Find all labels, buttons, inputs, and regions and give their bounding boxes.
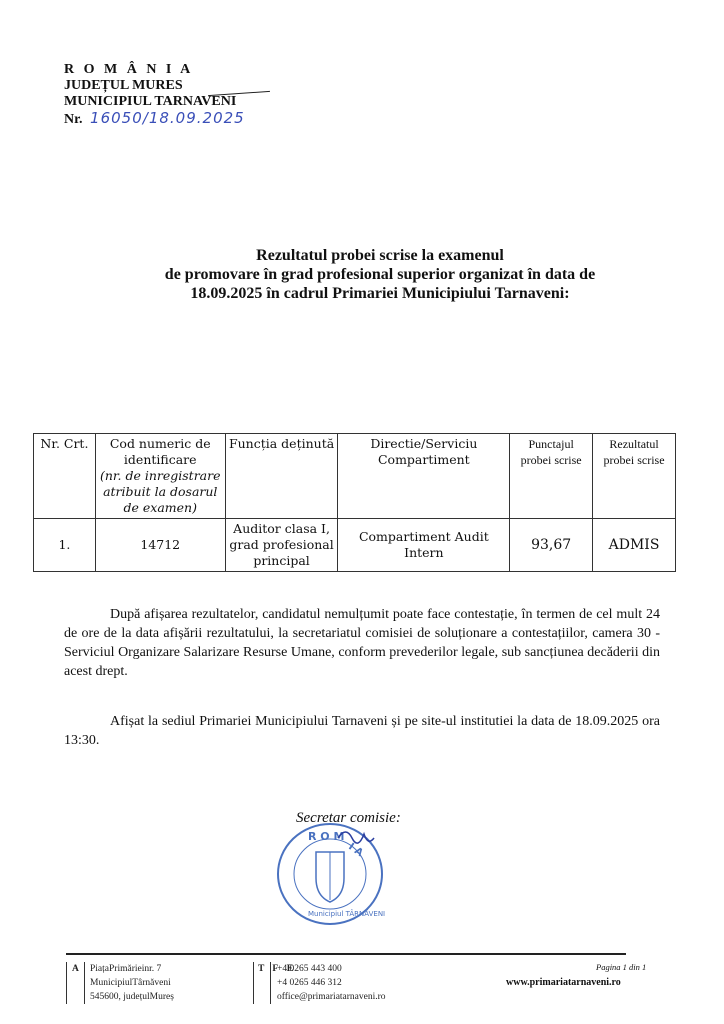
table-header-row: Nr. Crt. Cod numeric de identificare (nr…: [34, 434, 676, 519]
footer-phone: +4 0265 443 400: [277, 962, 386, 976]
handwritten-number: 16050/18.09.2025: [90, 109, 245, 127]
footer-email[interactable]: office@primariatarnaveni.ro: [277, 990, 386, 1004]
official-stamp-icon: R O M I A Municipiul TÂRNĂVENI: [268, 818, 398, 926]
cell-functia: Auditor clasa I, grad profesional princi…: [225, 519, 338, 572]
header-cod-note: (nr. de inregistrare atribuit la dosarul…: [99, 468, 222, 516]
footer-bar: [66, 962, 67, 1004]
header-cod: Cod numeric de identificare (nr. de inre…: [95, 434, 225, 519]
footer-address-label: A: [72, 962, 84, 976]
results-table: Nr. Crt. Cod numeric de identificare (nr…: [33, 433, 676, 572]
nr-label: Nr.: [64, 112, 83, 127]
header-rezultat: Rezultatul probei scrise: [593, 434, 676, 519]
signature-label: Secretar comisie:: [296, 810, 401, 827]
footer-bar: [253, 962, 254, 1004]
cell-punctaj: 93,67: [510, 519, 593, 572]
header-directie: Directie/Serviciu Compartiment: [338, 434, 510, 519]
title-line-1: Rezultatul probei scrise la examenul: [100, 246, 660, 265]
municipality-name: MUNICIPIUL TARNAVENI: [64, 94, 245, 110]
contest-paragraph: După afișarea rezultatelor, candidatul n…: [64, 605, 660, 681]
svg-text:Municipiul TÂRNĂVENI: Municipiul TÂRNĂVENI: [308, 909, 385, 918]
county-name: JUDEȚUL MURES: [64, 78, 245, 94]
country-name: R O M Â N I A: [64, 62, 245, 78]
header-punctaj: Punctajul probei scrise: [510, 434, 593, 519]
cell-rezultat: ADMIS: [593, 519, 676, 572]
footer-fax: +4 0265 446 312: [277, 976, 386, 990]
table-row: 1. 14712 Auditor clasa I, grad profesion…: [34, 519, 676, 572]
website-link[interactable]: www.primariatarnaveni.ro: [506, 977, 621, 988]
page-number: Pagina 1 din 1: [596, 962, 646, 972]
header-nr: Nr. Crt.: [34, 434, 96, 519]
title-line-2: de promovare în grad profesional superio…: [100, 265, 660, 284]
footer-bar: [84, 962, 85, 1004]
title-line-3: 18.09.2025 în cadrul Primariei Municipiu…: [100, 284, 660, 303]
registration-number: Nr. 16050/18.09.2025: [64, 110, 245, 128]
cell-cod: 14712: [95, 519, 225, 572]
footer-address: PiațaPrimărieinr. 7 MunicipiulTârnăveni …: [90, 962, 174, 1004]
cell-directie: Compartiment Audit Intern: [338, 519, 510, 572]
posted-paragraph: Afișat la sediul Primariei Municipiului …: [64, 712, 660, 750]
footer-divider: [66, 953, 626, 955]
footer-contacts: +4 0265 443 400 +4 0265 446 312 office@p…: [277, 962, 386, 1004]
document-title: Rezultatul probei scrise la examenul de …: [100, 246, 660, 303]
cell-nr: 1.: [34, 519, 96, 572]
header-functia: Funcția deținută: [225, 434, 338, 519]
